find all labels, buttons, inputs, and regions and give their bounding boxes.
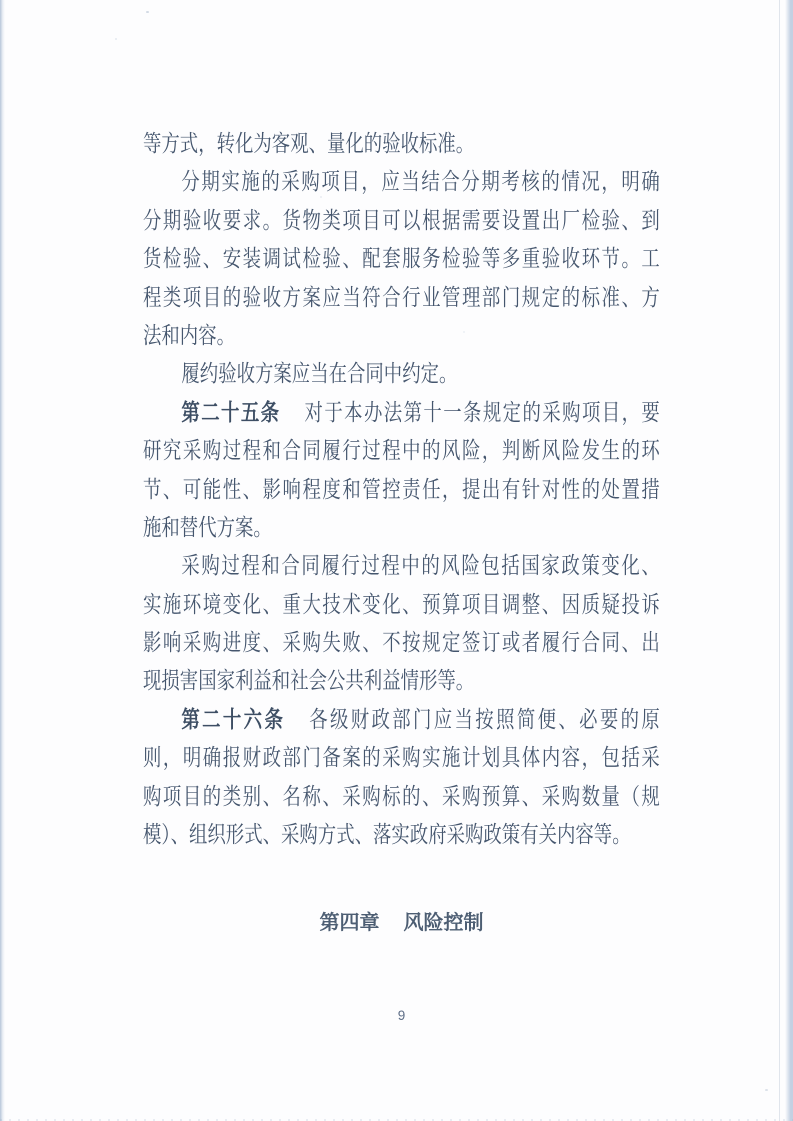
line-text: 模）、组织形式、采购方式、落实政府采购政策有关内容等。 bbox=[143, 822, 631, 847]
article-25-number: 第二十五条 bbox=[181, 400, 280, 425]
chapter-heading: 第四章风险控制 bbox=[143, 908, 660, 938]
line-text: 节、可能性、影响程度和管控责任，提出有针对性的处置措 bbox=[143, 477, 660, 502]
line-text: 现损害国家利益和社会公共利益情形等。 bbox=[143, 668, 474, 693]
document-body: 等方式，转化为客观、量化的验收标准。 分期实施的采购项目，应当结合分期考核的情况… bbox=[143, 125, 660, 854]
line-text: 履约验收方案应当在合同中约定。 bbox=[181, 361, 457, 386]
body-line: 施和替代方案。 bbox=[143, 509, 660, 547]
body-line: 研究采购过程和合同履行过程中的风险，判断风险发生的环 bbox=[143, 432, 660, 470]
body-line: 则，明确报财政部门备案的采购实施计划具体内容，包括采 bbox=[143, 739, 660, 777]
body-line: 实施环境变化、重大技术变化、预算项目调整、因质疑投诉 bbox=[143, 586, 660, 624]
scan-speck bbox=[115, 38, 117, 40]
body-line: 履约验收方案应当在合同中约定。 bbox=[143, 355, 660, 393]
line-text: 分期实施的采购项目，应当结合分期考核的情况，明确 bbox=[181, 169, 659, 194]
body-line: 影响采购进度、采购失败、不按规定签订或者履行合同、出 bbox=[143, 624, 660, 662]
line-text: 对于本办法第十一条规定的采购项目，要 bbox=[305, 400, 660, 425]
chapter-number: 第四章 bbox=[320, 912, 380, 934]
scan-speck bbox=[146, 11, 149, 13]
body-line: 第二十五条对于本办法第十一条规定的采购项目，要 bbox=[143, 394, 660, 432]
body-line: 分期验收要求。货物类项目可以根据需要设置出厂检验、到 bbox=[143, 202, 660, 240]
line-text: 购项目的类别、名称、采购标的、采购预算、采购数量（规 bbox=[143, 784, 660, 809]
line-text: 货检验、安装调试检验、配套服务检验等多重验收环节。工 bbox=[143, 246, 660, 271]
line-text: 则，明确报财政部门备案的采购实施计划具体内容，包括采 bbox=[143, 745, 660, 770]
scan-edge-left bbox=[0, 0, 5, 1121]
line-text: 分期验收要求。货物类项目可以根据需要设置出厂检验、到 bbox=[143, 208, 660, 233]
body-line: 货检验、安装调试检验、配套服务检验等多重验收环节。工 bbox=[143, 240, 660, 278]
chapter-title: 风险控制 bbox=[404, 912, 484, 934]
page-number: 9 bbox=[143, 1006, 660, 1026]
line-text: 程类项目的验收方案应当符合行业管理部门规定的标准、方 bbox=[143, 285, 660, 310]
line-text: 法和内容。 bbox=[143, 323, 235, 348]
scan-artifact-line bbox=[779, 0, 780, 1121]
body-line: 程类项目的验收方案应当符合行业管理部门规定的标准、方 bbox=[143, 279, 660, 317]
line-text: 等方式，转化为客观、量化的验收标准。 bbox=[143, 131, 474, 156]
body-line: 分期实施的采购项目，应当结合分期考核的情况，明确 bbox=[143, 163, 660, 201]
scan-edge-right bbox=[785, 0, 793, 1121]
line-text: 各级财政部门应当按照简便、必要的原 bbox=[309, 707, 660, 732]
line-text: 研究采购过程和合同履行过程中的风险，判断风险发生的环 bbox=[143, 438, 660, 463]
body-line: 法和内容。 bbox=[143, 317, 660, 355]
body-line: 模）、组织形式、采购方式、落实政府采购政策有关内容等。 bbox=[143, 816, 660, 854]
line-text: 实施环境变化、重大技术变化、预算项目调整、因质疑投诉 bbox=[143, 592, 660, 617]
body-line: 采购过程和合同履行过程中的风险包括国家政策变化、 bbox=[143, 547, 660, 585]
body-line: 购项目的类别、名称、采购标的、采购预算、采购数量（规 bbox=[143, 778, 660, 816]
body-line: 现损害国家利益和社会公共利益情形等。 bbox=[143, 662, 660, 700]
scan-speck bbox=[765, 1089, 768, 1091]
body-line: 等方式，转化为客观、量化的验收标准。 bbox=[143, 125, 660, 163]
scanned-page: 等方式，转化为客观、量化的验收标准。 分期实施的采购项目，应当结合分期考核的情况… bbox=[0, 0, 793, 1121]
body-line: 节、可能性、影响程度和管控责任，提出有针对性的处置措 bbox=[143, 471, 660, 509]
body-line: 第二十六条各级财政部门应当按照简便、必要的原 bbox=[143, 701, 660, 739]
line-text: 采购过程和合同履行过程中的风险包括国家政策变化、 bbox=[181, 553, 659, 578]
article-26-number: 第二十六条 bbox=[181, 707, 285, 732]
line-text: 影响采购进度、采购失败、不按规定签订或者履行合同、出 bbox=[143, 630, 660, 655]
line-text: 施和替代方案。 bbox=[143, 515, 272, 540]
